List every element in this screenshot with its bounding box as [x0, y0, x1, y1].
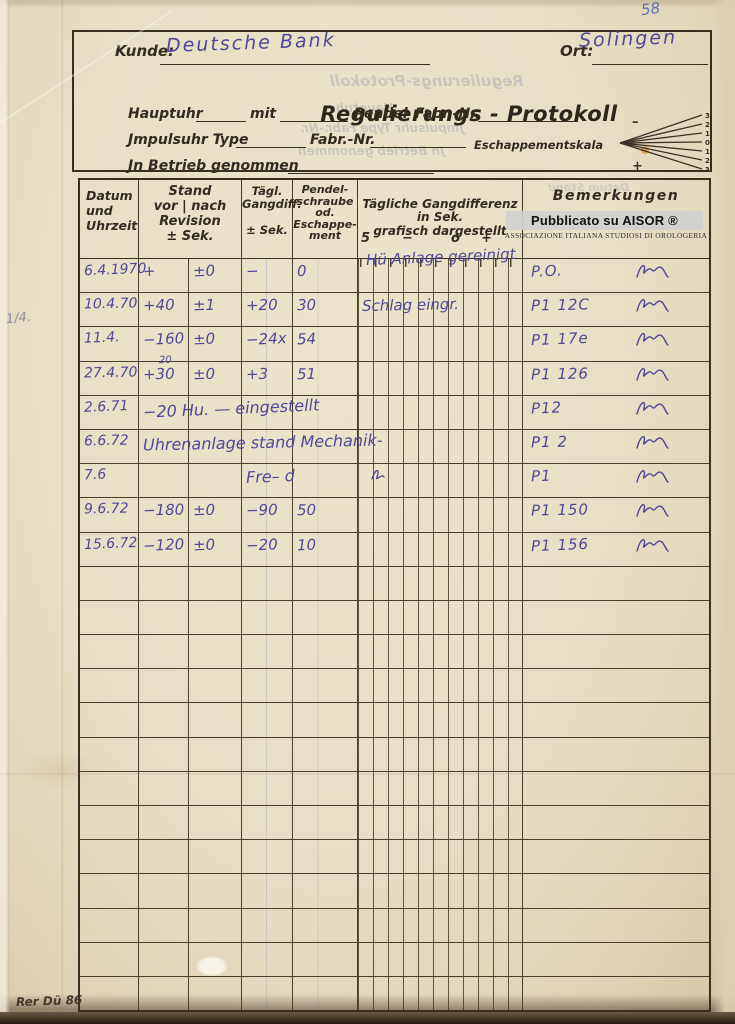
handwritten-entry: ±0 [193, 330, 216, 349]
table-cell-nach [189, 567, 242, 600]
table-cell-vor: + [139, 259, 189, 292]
table-cell-nach [189, 635, 242, 668]
table-cell-bem [523, 772, 709, 805]
fabr-nr-label-1: Fabr.-Nr. [415, 106, 480, 122]
table-cell-pendel [293, 909, 358, 942]
handwritten-entry: Fre– d [246, 466, 296, 487]
col-header-stand: Stand vor | nach Revision ± Sek. [139, 180, 242, 258]
eschappementskala-label: Eschappementskala [474, 138, 603, 152]
signature-scribble [635, 295, 671, 319]
table-cell-graph [358, 464, 523, 497]
col-header-gangdiff: Tägl. Gangdiff. ± Sek. [242, 180, 293, 258]
table-cell-graph [358, 738, 523, 771]
table-row [80, 806, 709, 840]
table-cell-vor [139, 772, 189, 805]
table-cell-graph [358, 362, 523, 395]
table-cell-nach [189, 464, 242, 497]
table-cell-bem [523, 669, 709, 702]
table-cell-datum [80, 909, 139, 942]
table-cell-diff [242, 977, 293, 1010]
table-cell-diff: −24x [242, 327, 293, 360]
table-cell-diff [242, 601, 293, 634]
table-cell-vor: −180 [139, 498, 189, 531]
table-cell-datum [80, 806, 139, 839]
scale-label-minus: − [402, 232, 413, 246]
table-cell-pendel: 0 [293, 259, 358, 292]
table-cell-diff [242, 669, 293, 702]
table-row [80, 943, 709, 977]
handwritten-entry: + [143, 262, 156, 281]
table-row: 9.6.72−180±0−9050P1 150 [80, 498, 709, 532]
table-cell-pendel: 30 [293, 293, 358, 326]
table-cell-bem [523, 806, 709, 839]
table-cell-nach [189, 806, 242, 839]
table-cell-datum [80, 943, 139, 976]
pencil-margin-note: 1/4. [5, 310, 31, 328]
table-cell-bem [523, 943, 709, 976]
svg-text:0: 0 [705, 139, 710, 147]
table-cell-nach: ±1 [189, 293, 242, 326]
handwritten-entry: 6.4.1970 [84, 261, 147, 280]
table-cell-nach: ±0 [189, 327, 242, 360]
table-cell-vor [139, 635, 189, 668]
table-cell-pendel [293, 567, 358, 600]
table-cell-vor [139, 874, 189, 907]
table-cell-bem [523, 840, 709, 873]
table-cell-diff: +20 [242, 293, 293, 326]
handwritten-entry: −160 [143, 330, 185, 350]
form-code: Rer Dü 86 [16, 993, 83, 1009]
table-cell-diff [242, 635, 293, 668]
table-cell-diff [242, 840, 293, 873]
handwritten-entry: −20 [246, 535, 278, 554]
table-cell-vor [139, 977, 189, 1010]
table-cell-bem [523, 909, 709, 942]
mit-label: mit [250, 106, 276, 122]
handwritten-entry: 15.6.72 [84, 534, 138, 552]
signature-scribble [635, 466, 671, 490]
table-cell-pendel [293, 874, 358, 907]
handwritten-entry: P1 2 [531, 433, 568, 452]
table-cell-bem [523, 635, 709, 668]
table-cell-bem [523, 874, 709, 907]
handwritten-entry: +3 [246, 364, 268, 382]
handwritten-entry: ±1 [193, 296, 215, 314]
table-cell-graph [358, 806, 523, 839]
impulsuhr-label: Jmpulsuhr Type [128, 132, 249, 148]
table-cell-diff [242, 703, 293, 736]
handwritten-entry: − [246, 262, 259, 281]
table-cell-pendel [293, 601, 358, 634]
svg-text:2: 2 [705, 157, 710, 165]
table-cell-datum [80, 635, 139, 668]
handwritten-entry: ±0 [193, 501, 215, 519]
table-cell-diff: +3 [242, 362, 293, 395]
table-cell-diff [242, 738, 293, 771]
handwritten-entry: 27.4.70 [84, 364, 138, 381]
fan-plus: + [632, 159, 643, 174]
table-cell-graph [358, 635, 523, 668]
table-cell-pendel [293, 977, 358, 1010]
table-cell-datum: 27.4.70 [80, 362, 139, 395]
handwritten-entry: ±0 [193, 262, 216, 281]
signature-scribble [635, 500, 671, 524]
handwritten-entry: −24x [246, 330, 287, 350]
handwritten-entry: P.O. [531, 261, 563, 280]
table-cell-datum [80, 669, 139, 702]
handwritten-entry: 9.6.72 [84, 501, 129, 518]
table-cell-datum: 6.6.72 [80, 430, 139, 463]
handwritten-entry: +20 [246, 296, 278, 315]
table-row [80, 635, 709, 669]
handwritten-entry: −120 [143, 535, 185, 555]
table-cell-bem [523, 567, 709, 600]
signature-scribble [635, 535, 671, 559]
handwritten-entry: −180 [143, 501, 185, 520]
handwritten-scribble [368, 465, 388, 489]
table-cell-graph [358, 943, 523, 976]
handwritten-entry: 50 [297, 501, 316, 519]
table-cell-nach: ±0 [189, 362, 242, 395]
table-row [80, 874, 709, 908]
table-cell-bem: P1 17e [523, 327, 709, 360]
signature-scribble [635, 398, 671, 422]
table-cell-datum [80, 601, 139, 634]
table-cell-datum: 2.6.71 [80, 396, 139, 429]
table-cell-vor: −120 [139, 533, 189, 566]
watermark-subtitle: ASSOCIAZIONE ITALIANA STUDIOSI DI OROLOG… [497, 231, 715, 240]
handwritten-entry: P1 126 [531, 364, 589, 383]
scale-label-o: o [451, 232, 460, 246]
handwritten-entry: P1 156 [531, 534, 590, 554]
table-row: 27.4.70+3020±0+351P1 126 [80, 362, 709, 396]
table-cell-datum [80, 738, 139, 771]
table-cell-graph [358, 840, 523, 873]
table-cell-vor [139, 909, 189, 942]
table-cell-nach [189, 909, 242, 942]
handwritten-entry: P1 17e [531, 329, 589, 349]
table-cell-pendel [293, 840, 358, 873]
table-row [80, 669, 709, 703]
table-cell-datum [80, 703, 139, 736]
table-cell-datum: 9.6.72 [80, 498, 139, 531]
table-cell-diff [242, 874, 293, 907]
handwritten-entry: P1 12C [531, 296, 590, 315]
table-cell-nach [189, 977, 242, 1010]
table-row [80, 909, 709, 943]
table-cell-datum: 11.4. [80, 327, 139, 360]
table-cell-pendel: 10 [293, 533, 358, 566]
handwritten-entry: ±0 [193, 364, 215, 382]
handwritten-entry: Schlag eingr. [362, 295, 459, 315]
table-cell-datum [80, 977, 139, 1010]
table-cell-diff [242, 806, 293, 839]
table-cell-nach [189, 943, 242, 976]
table-cell-nach [189, 840, 242, 873]
table-cell-bem [523, 977, 709, 1010]
scanned-document: Regulierungs-Protokoll Hauptuhr Jmpulsuh… [0, 0, 735, 1024]
table-cell-diff: − [242, 259, 293, 292]
table-cell-bem: P1 [523, 464, 709, 497]
eschappement-fan-icon: 32 10 123 – + [614, 112, 712, 174]
fabr-nr-label-2: Fabr.-Nr. [310, 132, 375, 148]
table-row [80, 567, 709, 601]
table-row: 6.4.1970+±0−0Hü Anlage gereinigtP.O. [80, 259, 709, 293]
table-cell-diff: −90 [242, 498, 293, 531]
table-cell-datum: 7.6 [80, 464, 139, 497]
table-cell-vor [139, 738, 189, 771]
table-row: 10.4.70+40±1+2030Schlag eingr.P1 12C [80, 293, 709, 327]
handwritten-entry: 6.6.72 [84, 432, 129, 449]
handwritten-entry: 54 [297, 330, 317, 349]
table-row: 15.6.72−120±0−2010P1 156 [80, 533, 709, 567]
table-cell-pendel [293, 943, 358, 976]
col-header-datum: Datum und Uhrzeit [80, 180, 139, 258]
table-cell-bem [523, 738, 709, 771]
protocol-table: Datum und Uhrzeit Stand vor | nach Revis… [78, 178, 711, 1012]
table-row [80, 703, 709, 737]
table-cell-vor: +3020 [139, 362, 189, 395]
handwritten-entry: ±0 [193, 535, 216, 554]
table-row: 11.4.−160±0−24x54P1 17e [80, 327, 709, 361]
form-header-box: Kunde: Deutsche Bank Ort: Solingen Regul… [72, 30, 712, 172]
table-cell-nach: ±0 [189, 533, 242, 566]
table-cell-pendel: 50 [293, 498, 358, 531]
scale-label-5: 5 [361, 232, 370, 246]
handwritten-entry: 10.4.70 [84, 296, 138, 313]
table-cell-vor [139, 703, 189, 736]
table-cell-bem: P1 2 [523, 430, 709, 463]
table-cell-bem: P.O. [523, 259, 709, 292]
table-cell-bem: P12 [523, 396, 709, 429]
table-cell-vor [139, 806, 189, 839]
table-cell-pendel [293, 806, 358, 839]
handwritten-entry: P1 150 [531, 501, 589, 520]
table-row: 7.6Fre– dP1 [80, 464, 709, 498]
fan-minus: – [632, 115, 639, 130]
svg-text:2: 2 [705, 121, 710, 129]
signature-scribble [635, 329, 671, 353]
table-cell-bem: P1 150 [523, 498, 709, 531]
table-cell-graph [358, 874, 523, 907]
table-cell-pendel [293, 703, 358, 736]
hauptuhr-label: Hauptuhr [128, 106, 203, 122]
table-cell-graph [358, 498, 523, 531]
svg-text:3: 3 [705, 166, 710, 174]
table-cell-graph [358, 703, 523, 736]
table-cell-graph [358, 396, 523, 429]
table-cell-vor [139, 943, 189, 976]
handwritten-entry: +40 [143, 296, 175, 315]
table-cell-pendel: 54 [293, 327, 358, 360]
handwritten-entry: 0 [297, 262, 307, 280]
table-row [80, 840, 709, 874]
svg-text:1: 1 [705, 130, 710, 138]
table-cell-pendel [293, 738, 358, 771]
table-cell-graph: Schlag eingr. [358, 293, 523, 326]
table-row: 2.6.71−20 Hu. — eingestelltP12 [80, 396, 709, 430]
svg-text:1: 1 [705, 148, 710, 156]
table-cell-pendel [293, 669, 358, 702]
table-cell-pendel: 51 [293, 362, 358, 395]
table-row [80, 772, 709, 806]
table-cell-datum [80, 567, 139, 600]
table-cell-datum [80, 874, 139, 907]
table-cell-nach [189, 601, 242, 634]
table-cell-vor [139, 601, 189, 634]
table-body: 6.4.1970+±0−0Hü Anlage gereinigtP.O.10.4… [80, 259, 709, 1010]
handwritten-entry: 51 [297, 364, 316, 382]
handwritten-entry: 2.6.71 [84, 398, 129, 416]
table-cell-nach [189, 738, 242, 771]
table-cell-vor: −20 Hu. — eingestellt [139, 396, 189, 429]
signature-scribble [635, 261, 671, 285]
handwritten-entry: 10 [297, 535, 317, 554]
table-cell-vor [139, 464, 189, 497]
table-cell-pendel [293, 464, 358, 497]
scale-label-plus: + [481, 232, 492, 246]
table-cell-bem [523, 703, 709, 736]
signature-scribble [635, 432, 671, 456]
signature-scribble [635, 364, 671, 388]
table-cell-datum [80, 840, 139, 873]
table-cell-datum: 15.6.72 [80, 533, 139, 566]
handwritten-entry: +30 [143, 364, 175, 383]
table-cell-nach: ±0 [189, 259, 242, 292]
table-cell-nach [189, 669, 242, 702]
in-betrieb-label: Jn Betrieb genommen [128, 158, 299, 174]
table-cell-nach: ±0 [189, 498, 242, 531]
table-cell-bem [523, 601, 709, 634]
table-cell-bem: P1 126 [523, 362, 709, 395]
table-cell-bem: P1 12C [523, 293, 709, 326]
table-cell-graph [358, 601, 523, 634]
table-row [80, 601, 709, 635]
table-row: 6.6.72Uhrenanlage stand Mechanik-P1 2 [80, 430, 709, 464]
table-cell-diff [242, 943, 293, 976]
table-cell-graph [358, 567, 523, 600]
paper-background: Regulierungs-Protokoll Hauptuhr Jmpulsuh… [0, 0, 735, 1024]
table-cell-graph [358, 533, 523, 566]
table-cell-datum: 6.4.1970 [80, 259, 139, 292]
handwritten-entry: 11.4. [84, 330, 120, 347]
table-cell-graph [358, 327, 523, 360]
table-cell-vor [139, 840, 189, 873]
table-cell-vor: +40 [139, 293, 189, 326]
ort-value-handwritten: Solingen [579, 26, 678, 51]
table-cell-nach [189, 772, 242, 805]
table-row [80, 738, 709, 772]
pendel-label: Pendel [354, 106, 408, 122]
table-cell-bem: P1 156 [523, 533, 709, 566]
table-cell-nach [189, 874, 242, 907]
table-cell-graph [358, 909, 523, 942]
watermark-band: Pubblicato su AISOR ® [506, 211, 703, 230]
table-cell-graph [358, 977, 523, 1010]
handwritten-entry: P1 [531, 467, 552, 486]
table-cell-pendel [293, 772, 358, 805]
table-cell-diff: Fre– d [242, 464, 293, 497]
table-cell-diff [242, 909, 293, 942]
table-cell-graph [358, 772, 523, 805]
handwritten-entry: 7.6 [84, 467, 107, 484]
table-cell-vor [139, 567, 189, 600]
handwritten-entry: −90 [246, 501, 278, 520]
table-cell-graph [358, 669, 523, 702]
handwritten-entry: 30 [297, 296, 316, 314]
table-cell-datum: 10.4.70 [80, 293, 139, 326]
table-cell-diff: −20 [242, 533, 293, 566]
graph-header-text: Tägliche Gangdifferenz in Sek. grafisch … [362, 197, 517, 238]
handwritten-entry: P12 [531, 398, 563, 417]
table-cell-diff [242, 567, 293, 600]
fan-label: 3 [705, 112, 710, 120]
scan-shadow-edge [0, 1012, 735, 1024]
table-cell-vor [139, 669, 189, 702]
table-cell-nach [189, 703, 242, 736]
handwritten-entry: 20 [159, 354, 172, 365]
kunde-value-handwritten: Deutsche Bank [166, 29, 336, 57]
table-cell-diff [242, 772, 293, 805]
table-cell-datum [80, 772, 139, 805]
table-cell-vor: Uhrenanlage stand Mechanik- [139, 430, 189, 463]
col-header-pendelschraube: Pendel- schraube od. Eschappe- ment [293, 180, 358, 258]
table-row [80, 977, 709, 1010]
table-cell-pendel [293, 635, 358, 668]
pencil-page-number: 58 [640, 0, 661, 19]
